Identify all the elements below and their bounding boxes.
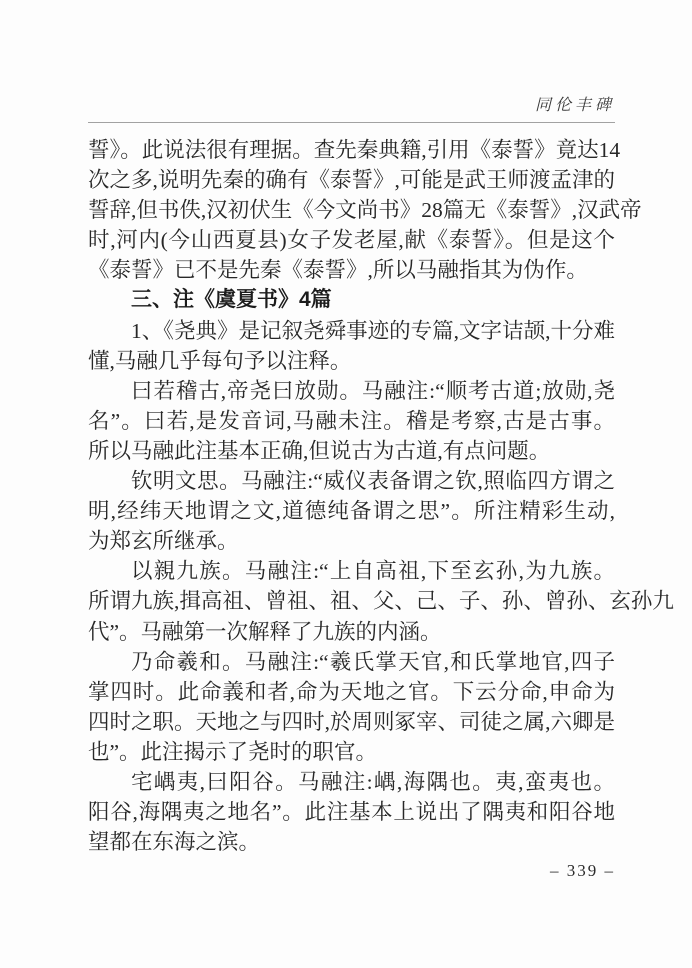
page-number: – 339 – — [550, 861, 615, 880]
text-line: 乃命羲和。马融注:“羲氏掌天官,和氏掌地官,四子 — [88, 647, 615, 677]
text-line: 宅嵎夷,曰阳谷。马融注:嵎,海隅也。夷,蛮夷也。 — [88, 767, 615, 797]
text-line: 1、《尧典》是记叙尧舜事迹的专篇,文字诘颉,十分难 — [88, 316, 615, 346]
text-line: 次之多,说明先秦的确有《泰誓》,可能是武王师渡孟津的 — [88, 165, 615, 195]
text-line: 阳谷,海隅夷之地名”。此注基本上说出了隅夷和阳谷地 — [88, 797, 615, 827]
page-footer: – 339 – — [88, 858, 617, 884]
text-line: 时,河内(今山西夏县)女子发老屋,献《泰誓》。但是这个 — [88, 225, 615, 255]
page-header: 同伦丰碑 — [88, 96, 615, 115]
text-line: 也”。此注揭示了尧时的职官。 — [88, 737, 615, 767]
text-line: 掌四时。此命義和者,命为天地之官。下云分命,申命为 — [88, 677, 615, 707]
text-line: 懂,马融几乎每句予以注释。 — [88, 346, 615, 376]
text-line: 曰若稽古,帝尧曰放勋。马融注:“顺考古道;放勋,尧 — [88, 376, 615, 406]
text-line: 以親九族。马融注:“上自高祖,下至玄孙,为九族。 — [88, 556, 615, 586]
text-line: 名”。曰若,是发音词,马融未注。稽是考察,古是古事。 — [88, 406, 615, 436]
text-line: 望都在东海之滨。 — [88, 827, 615, 857]
section-heading: 三、注《虞夏书》4篇 — [88, 285, 615, 315]
text-line: 誓》。此说法很有理据。查先秦典籍,引用《泰誓》竟达14 — [88, 135, 615, 165]
text-line: 代”。马融第一次解释了九族的内涵。 — [88, 617, 615, 647]
text-line: 为郑玄所继承。 — [88, 526, 615, 556]
text-line: 所以马融此注基本正确,但说古为古道,有点问题。 — [88, 436, 615, 466]
text-line: 钦明文思。马融注:“威仪表备谓之钦,照临四方谓之 — [88, 466, 615, 496]
text-line: 誓辞,但书佚,汉初伏生《今文尚书》28篇无《泰誓》,汉武帝 — [88, 195, 615, 225]
text-line: 明,经纬天地谓之文,道德纯备谓之思”。所注精彩生动, — [88, 496, 615, 526]
running-title: 同伦丰碑 — [535, 97, 615, 114]
page-body: 誓》。此说法很有理据。查先秦典籍,引用《泰誓》竟达14 次之多,说明先秦的确有《… — [88, 135, 615, 857]
book-page: 同伦丰碑 誓》。此说法很有理据。查先秦典籍,引用《泰誓》竟达14 次之多,说明先… — [0, 0, 692, 968]
header-rule — [88, 122, 615, 123]
text-line: 《泰誓》已不是先秦《泰誓》,所以马融指其为伪作。 — [88, 255, 615, 285]
text-line: 四时之职。天地之与四时,於周则冢宰、司徒之属,六卿是 — [88, 707, 615, 737]
text-line: 所谓九族,揖高祖、曾祖、祖、父、己、子、孙、曾孙、玄孙九 — [88, 586, 615, 616]
